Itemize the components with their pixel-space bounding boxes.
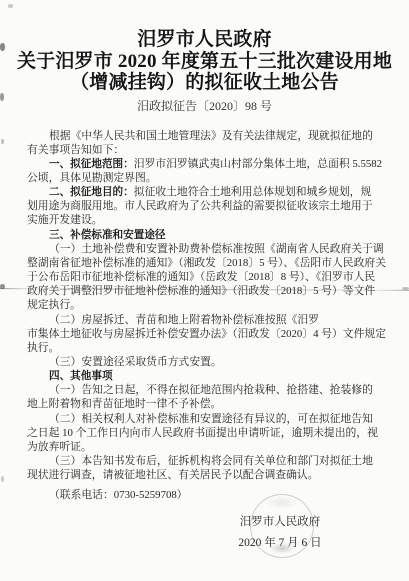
- title-line-subject: 关于汨罗市 2020 年度第五十三批次建设用地: [0, 51, 409, 73]
- body-line: 根据《中华人民共和国土地管理法》及有关法律规定，现就拟征地的: [27, 129, 387, 143]
- scan-speck: [0, 43, 5, 51]
- section-heading: 三、补偿标准和安置途径: [49, 229, 166, 241]
- body-line: 有关事项告知如下：: [27, 143, 387, 157]
- body-line: 四、其他事项: [27, 369, 387, 383]
- body-line: （一）告知之日起，不得在拟征地范围内抢栽种、抢搭建、抢装修的: [27, 383, 387, 397]
- section-heading: 四、其他事项: [49, 370, 113, 382]
- scan-speck: [0, 93, 4, 101]
- scanned-announcement-page: 汨罗市人民政府 关于汨罗市 2020 年度第五十三批次建设用地 （增减挂钩）的拟…: [0, 0, 409, 581]
- body-line: （一）土地补偿费和安置补助费补偿标准按照《湖南省人民政府关于调: [27, 242, 387, 256]
- signature-date: 2020 年 7 月 6 日: [226, 533, 334, 554]
- title-line-issuer: 汨罗市人民政府: [0, 29, 409, 51]
- body-line: 政府关于调整汨罗市征地补偿标准的通知》（汨政发〔2018〕5 号）等文件: [27, 284, 387, 298]
- scan-speck: [1, 139, 4, 144]
- document-title: 汨罗市人民政府 关于汨罗市 2020 年度第五十三批次建设用地 （增减挂钩）的拟…: [0, 0, 409, 94]
- scan-speck: [0, 284, 5, 289]
- title-line-subject-2: （增减挂钩）的拟征收土地公告: [0, 72, 409, 94]
- body-line: 之日起 10 个工作日内向市人民政府书面提出申请听证，逾期未提出的，视: [27, 426, 387, 440]
- body-line: 于公布岳阳市征地补偿标准的通知》（岳政发〔2018〕8 号）、《汨罗市人民: [27, 270, 387, 284]
- body-line: 执行。: [27, 341, 387, 355]
- body-line: 三、补偿标准和安置途径: [27, 228, 387, 242]
- body-line: 市集体土地征收与房屋拆迁补偿安置办法》（汨政发〔2020〕4 号）文件规定: [27, 327, 387, 341]
- body-line: 划用途为商服用地。市人民政府为了公共利益的需要拟征收该宗土地用于: [27, 199, 387, 213]
- body-line: 为放弃听证。: [27, 440, 387, 454]
- body-line: （三）本告知书发布后，征拆机构将会同有关单位和部门对拟征土地: [27, 454, 387, 468]
- body-line: （三）安置途径采取货币方式安置。: [27, 355, 387, 369]
- signature-issuer: 汨罗市人民政府: [226, 512, 334, 533]
- scan-speck: [1, 476, 4, 482]
- body-lines: 根据《中华人民共和国土地管理法》及有关法律规定，现就拟征地的有关事项告知如下：一…: [27, 129, 387, 483]
- body-line: 规定执行。: [27, 298, 387, 312]
- body-line: 实施开发建设。: [27, 213, 387, 227]
- document-body: 根据《中华人民共和国土地管理法》及有关法律规定，现就拟征地的有关事项告知如下：一…: [27, 129, 387, 503]
- body-line: 一、拟征地范围：汨罗市汨罗镇武夷山村部分集体土地，总面积 5.5582: [27, 157, 387, 171]
- body-line: （二）房屋拆迁、青苗和地上附着物补偿标准按照《汨罗: [27, 313, 387, 327]
- body-line: 现状进行调查，请被征地社区、有关居民予以配合调查确认。: [27, 468, 387, 482]
- scan-speck: [8, 4, 13, 8]
- scan-speck: [402, 287, 409, 290]
- body-line: （二）相关权利人对补偿标准和安置途径有异议的，可在拟征地告知: [27, 412, 387, 426]
- body-line: 地上附着物和青苗征地时一律不予补偿。: [27, 397, 387, 411]
- contact-line: （联系电话：0730-5259708）: [27, 488, 387, 502]
- section-heading: 一、拟征地范围：: [49, 158, 134, 170]
- body-line: 公顷，具体见勘测定界图。: [27, 171, 387, 185]
- section-heading: 二、拟征地目的：: [49, 186, 134, 198]
- body-line: 整湖南省征地补偿标准的通知》（湘政发〔2018〕5 号）、《岳阳市人民政府关: [27, 256, 387, 270]
- body-line: 二、拟征地目的：拟征收土地符合土地利用总体规划和城乡规划，规: [27, 185, 387, 199]
- document-number: 汨政拟征告〔2020〕98 号: [0, 99, 409, 113]
- signature-block: 汨罗市人民政府 2020 年 7 月 6 日: [226, 512, 334, 554]
